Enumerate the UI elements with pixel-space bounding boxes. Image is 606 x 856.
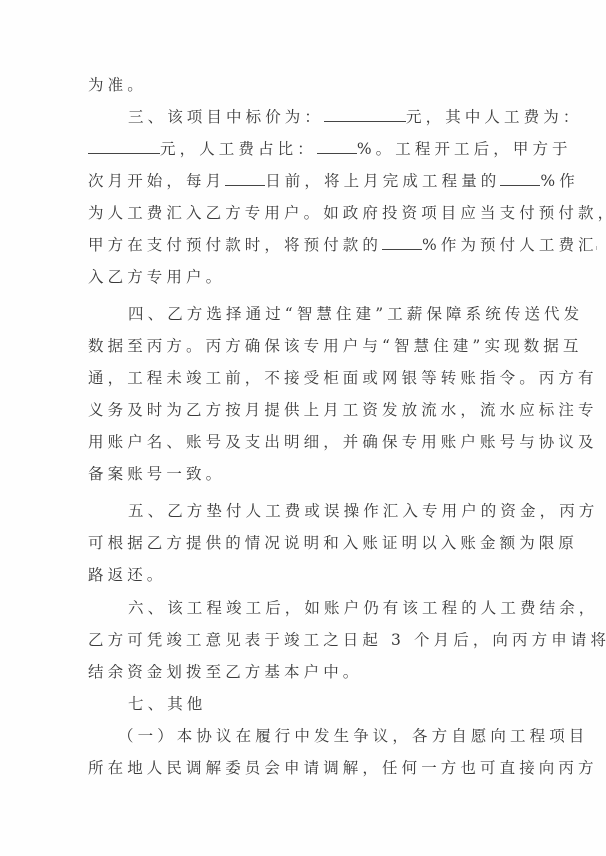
text-segment: 元，其中人工费为： [406,108,582,126]
progress-percent-blank [500,171,540,186]
text-line: 所在地人民调解委员会申请调解，任何一方也可直接向丙方 [88,758,528,778]
text-line: 为人工费汇入乙方专用户。如政府投资项目应当支付预付款， [88,203,528,223]
clause-6-heading-line: 六、该工程竣工后，如账户仍有该工程的人工费结余， [128,598,568,618]
clause-3-line-1: 三、该项目中标价为：元，其中人工费为： [128,107,568,127]
clause-7-1-line: （一）本协议在履行中发生争议，各方自愿向工程项目 [118,726,558,746]
advance-percent-blank [382,235,422,250]
text-line: 可根据乙方提供的情况说明和入账证明以入账金额为限原 [88,533,528,553]
text-line: 为准。 [88,75,528,95]
clause-7-heading: 七、其他 [128,694,568,714]
labor-cost-blank [88,139,160,154]
text-line: 通，工程未竣工前，不接受柜面或网银等转账指令。丙方有 [88,368,528,388]
clause-4-heading-line: 四、乙方选择通过“智慧住建”工薪保障系统传送代发 [128,304,568,324]
scan-mark [596,246,597,250]
text-line: 义务及时为乙方按月提供上月工资发放流水，流水应标注专 [88,400,528,420]
text-segment: %作为预付人工费汇 [422,236,598,254]
clause-3-line-5: 甲方在支付预付款时，将预付款的%作为预付人工费汇 [88,235,528,255]
text-line: 乙方可凭竣工意见表于竣工之日起 3 个月后，向丙方申请将 [88,630,528,650]
text-line: 结余资金划拨至乙方基本户中。 [88,662,528,682]
text-segment: %作 [540,172,578,190]
clause-3-line-3: 次月开始，每月日前，将上月完成工程量的%作 [88,171,528,191]
text-segment: 元，人工费占比： [160,140,317,158]
text-line: 路返还。 [88,565,528,585]
monthly-day-blank [225,171,265,186]
text-line: 数据至丙方。丙方确保该专用户与“智慧住建”实现数据互 [88,336,528,356]
document-page: 为准。 三、该项目中标价为：元，其中人工费为： 元，人工费占比：%。工程开工后，… [0,0,606,856]
text-line: 备案账号一致。 [88,464,528,484]
text-segment: %。工程开工后，甲方于 [357,140,572,158]
text-segment: 日前，将上月完成工程量的 [265,172,500,190]
text-line: 用账户名、账号及支出明细，并确保专用账户账号与协议及 [88,432,528,452]
clause-3-line-2: 元，人工费占比：%。工程开工后，甲方于 [88,139,528,159]
labor-ratio-blank [317,139,357,154]
text-segment: 次月开始，每月 [88,172,225,190]
text-segment: 三、该项目中标价为： [128,108,324,126]
text-segment: 甲方在支付预付款时，将预付款的 [88,236,382,254]
clause-5-heading-line: 五、乙方垫付人工费或误操作汇入专用户的资金，丙方 [128,501,568,521]
bid-price-blank [324,107,406,122]
text-line: 入乙方专用户。 [88,267,528,287]
